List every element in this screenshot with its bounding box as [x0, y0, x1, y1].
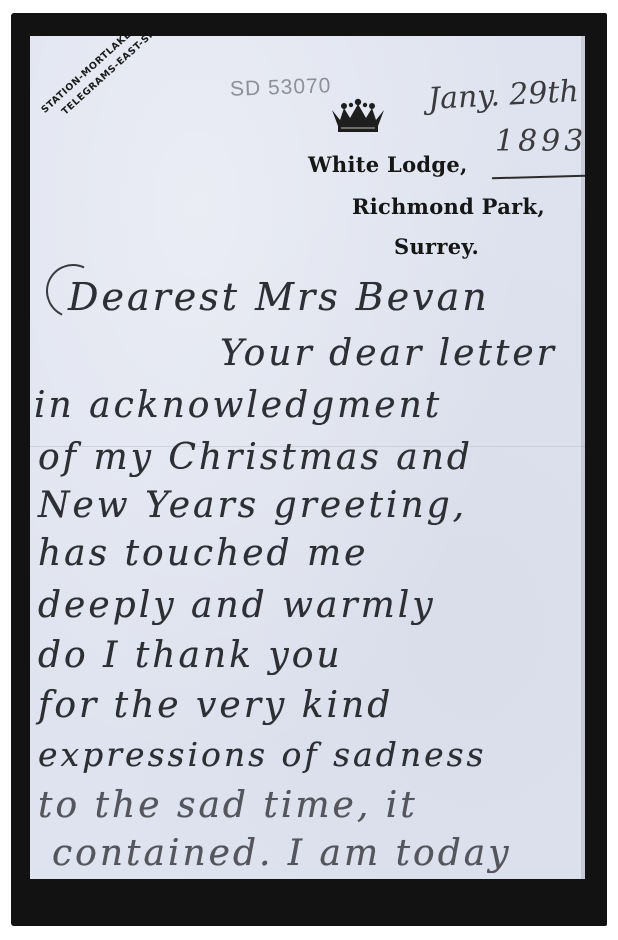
- date-line-2: 1893: [495, 124, 585, 159]
- station-address: STATION-MORTLAKE, TELEGRAMS-EAST-SHEEN.: [38, 36, 180, 128]
- letter-page: STATION-MORTLAKE, TELEGRAMS-EAST-SHEEN. …: [30, 36, 585, 879]
- letterhead-line-2: Richmond Park,: [352, 194, 545, 219]
- body-line-2: in acknowledgment: [34, 388, 442, 424]
- body-line-3: of my Christmas and: [38, 440, 473, 476]
- mourning-border: STATION-MORTLAKE, TELEGRAMS-EAST-SHEEN. …: [11, 13, 607, 926]
- date-underline: [492, 175, 585, 179]
- body-line-6: deeply and warmly: [38, 588, 436, 624]
- body-line-11: contained. I am today: [52, 836, 512, 872]
- archive-number: SD 53070: [230, 74, 332, 102]
- date-line-1: Jany. 29th: [427, 74, 579, 117]
- letterhead-line-1: White Lodge,: [308, 152, 468, 177]
- body-line-1: Your dear letter: [220, 336, 557, 372]
- body-line-8: for the very kind: [38, 688, 393, 724]
- body-line-7: do I thank you: [38, 638, 343, 674]
- letterhead-line-3: Surrey.: [394, 234, 479, 259]
- body-line-5: has touched me: [38, 536, 368, 572]
- salutation: Dearest Mrs Bevan: [68, 278, 490, 316]
- crown-icon: [328, 98, 388, 134]
- body-line-4: New Years greeting,: [38, 488, 467, 524]
- body-line-9: expressions of sadness: [38, 738, 487, 771]
- page-edge-shadow: [581, 36, 585, 879]
- body-line-10: to the sad time, it: [38, 788, 418, 824]
